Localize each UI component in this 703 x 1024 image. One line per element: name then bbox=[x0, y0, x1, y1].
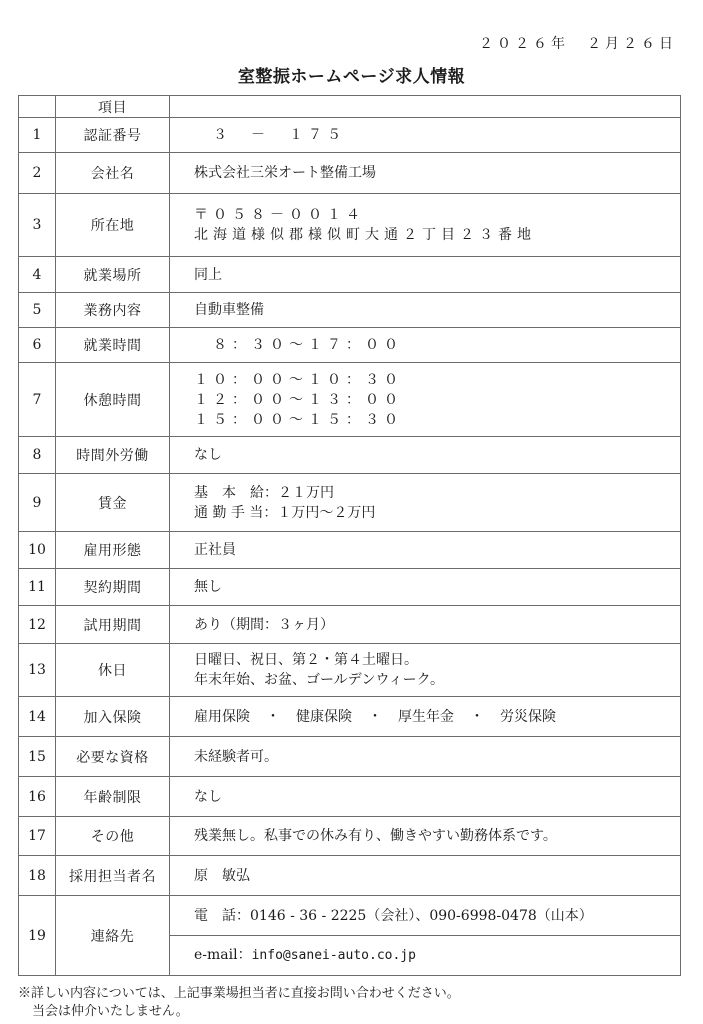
table-row: 13休日日曜日、祝日、第２・第４土曜日。年末年始、お盆、ゴールデンウィーク。 bbox=[19, 644, 681, 697]
row-item: 就業場所 bbox=[56, 257, 170, 293]
footnote-line-2: 当会は仲介いたしません。 bbox=[18, 1003, 460, 1021]
row-number: 10 bbox=[19, 532, 56, 569]
row-value: 〒０５８－００１４北海道様似郡様似町大通２丁目２３番地 bbox=[170, 194, 681, 257]
table-row: 2会社名株式会社三栄オート整備工場 bbox=[19, 153, 681, 194]
row-number: 13 bbox=[19, 644, 56, 697]
row-value: ８：３０～１７：００ bbox=[170, 328, 681, 363]
separator: ・ bbox=[352, 707, 398, 727]
table-row: 11契約期間無し bbox=[19, 569, 681, 606]
insurance-item: 厚生年金 bbox=[398, 709, 454, 725]
footnote-line-1: ※詳しい内容については、上記事業場担当者に直接お問い合わせください。 bbox=[18, 985, 460, 1003]
row-value: なし bbox=[170, 777, 681, 817]
value-line: ８：３０～１７：００ bbox=[194, 335, 680, 355]
row-number: 7 bbox=[19, 363, 56, 437]
row-number: 18 bbox=[19, 856, 56, 896]
table-row: 3所在地〒０５８－００１４北海道様似郡様似町大通２丁目２３番地 bbox=[19, 194, 681, 257]
row-value: あり（期間：３ヶ月） bbox=[170, 606, 681, 644]
value-line: １５：００～１５：３０ bbox=[194, 410, 680, 430]
row-value: 残業無し。私事での休み有り、働きやすい勤務体系です。 bbox=[170, 817, 681, 856]
value-line: 通 勤 手 当：１万円～２万円 bbox=[194, 503, 680, 523]
table-row: 16年齢制限なし bbox=[19, 777, 681, 817]
row-item: 連絡先 bbox=[56, 896, 170, 976]
email-link[interactable]: info@sanei-auto.co.jp bbox=[252, 948, 416, 963]
insurance-item: 労災保険 bbox=[500, 709, 556, 725]
value-line: 年末年始、お盆、ゴールデンウィーク。 bbox=[194, 670, 680, 690]
value-line: 自動車整備 bbox=[194, 300, 680, 320]
row-number: 8 bbox=[19, 437, 56, 474]
row-number: 9 bbox=[19, 474, 56, 532]
table-row: 19連絡先電 話：0146 - 36 - 2225（会社）、090-6998-0… bbox=[19, 896, 681, 936]
row-number: 2 bbox=[19, 153, 56, 194]
value-line: 残業無し。私事での休み有り、働きやすい勤務体系です。 bbox=[194, 826, 680, 846]
header-item: 項目 bbox=[56, 96, 170, 118]
header-value bbox=[170, 96, 681, 118]
value-line: １２：００～１３：００ bbox=[194, 390, 680, 410]
job-info-table: 項目 1認証番号 ３ － １７５2会社名株式会社三栄オート整備工場3所在地〒０５… bbox=[18, 95, 681, 976]
value-line: 正社員 bbox=[194, 540, 680, 560]
row-number: 11 bbox=[19, 569, 56, 606]
document-date: ２０２６年 ２月２６日 bbox=[479, 33, 677, 53]
row-item: 採用担当者名 bbox=[56, 856, 170, 896]
row-value: 原 敏弘 bbox=[170, 856, 681, 896]
row-value: 株式会社三栄オート整備工場 bbox=[170, 153, 681, 194]
email-label: e-mail： bbox=[194, 947, 252, 963]
value-line: 〒０５８－００１４ bbox=[194, 205, 680, 225]
row-number: 5 bbox=[19, 293, 56, 328]
insurance-item: 雇用保険 bbox=[194, 709, 250, 725]
row-value: ３ － １７５ bbox=[170, 118, 681, 153]
row-value: 正社員 bbox=[170, 532, 681, 569]
value-line: あり（期間：３ヶ月） bbox=[194, 615, 680, 635]
row-number: 4 bbox=[19, 257, 56, 293]
row-number: 19 bbox=[19, 896, 56, 976]
row-number: 1 bbox=[19, 118, 56, 153]
row-item: 賃金 bbox=[56, 474, 170, 532]
row-value: 同上 bbox=[170, 257, 681, 293]
value-line: 北海道様似郡様似町大通２丁目２３番地 bbox=[194, 225, 680, 245]
row-item: 所在地 bbox=[56, 194, 170, 257]
table-row: 10雇用形態正社員 bbox=[19, 532, 681, 569]
row-value: 雇用保険・健康保険・厚生年金・労災保険 bbox=[170, 697, 681, 737]
table-row: 8時間外労働なし bbox=[19, 437, 681, 474]
value-line: ３ － １７５ bbox=[194, 125, 680, 145]
row-item: 業務内容 bbox=[56, 293, 170, 328]
row-value: 日曜日、祝日、第２・第４土曜日。年末年始、お盆、ゴールデンウィーク。 bbox=[170, 644, 681, 697]
contact-email-cell: e-mail：info@sanei-auto.co.jp bbox=[170, 936, 681, 976]
footnote: ※詳しい内容については、上記事業場担当者に直接お問い合わせください。 当会は仲介… bbox=[18, 985, 460, 1021]
row-item: 契約期間 bbox=[56, 569, 170, 606]
value-line: 原 敏弘 bbox=[194, 866, 680, 886]
table-row: 1認証番号 ３ － １７５ bbox=[19, 118, 681, 153]
table-row: 5業務内容自動車整備 bbox=[19, 293, 681, 328]
value-line: なし bbox=[194, 787, 680, 807]
row-item: 時間外労働 bbox=[56, 437, 170, 474]
row-number: 6 bbox=[19, 328, 56, 363]
row-number: 16 bbox=[19, 777, 56, 817]
table-row: 15必要な資格未経験者可。 bbox=[19, 737, 681, 777]
row-item: 休憩時間 bbox=[56, 363, 170, 437]
value-line: 未経験者可。 bbox=[194, 747, 680, 767]
table-row: 17その他残業無し。私事での休み有り、働きやすい勤務体系です。 bbox=[19, 817, 681, 856]
row-item: 雇用形態 bbox=[56, 532, 170, 569]
row-value: 自動車整備 bbox=[170, 293, 681, 328]
row-number: 17 bbox=[19, 817, 56, 856]
value-line: なし bbox=[194, 445, 680, 465]
separator: ・ bbox=[250, 707, 296, 727]
row-value: １０：００～１０：３０１２：００～１３：００１５：００～１５：３０ bbox=[170, 363, 681, 437]
row-item: 試用期間 bbox=[56, 606, 170, 644]
row-number: 12 bbox=[19, 606, 56, 644]
table-row: 7休憩時間１０：００～１０：３０１２：００～１３：００１５：００～１５：３０ bbox=[19, 363, 681, 437]
value-line: 基 本 給：２１万円 bbox=[194, 483, 680, 503]
row-item: 年齢制限 bbox=[56, 777, 170, 817]
row-item: 必要な資格 bbox=[56, 737, 170, 777]
table-row: 4就業場所同上 bbox=[19, 257, 681, 293]
row-value: 未経験者可。 bbox=[170, 737, 681, 777]
table-header-row: 項目 bbox=[19, 96, 681, 118]
value-line: 株式会社三栄オート整備工場 bbox=[194, 163, 680, 183]
contact-phone: 電 話：0146 - 36 - 2225（会社）、090-6998-0478（山… bbox=[170, 896, 681, 936]
table-row: 9賃金基 本 給：２１万円通 勤 手 当：１万円～２万円 bbox=[19, 474, 681, 532]
value-line: 無し bbox=[194, 577, 680, 597]
row-value: 基 本 給：２１万円通 勤 手 当：１万円～２万円 bbox=[170, 474, 681, 532]
row-item: 認証番号 bbox=[56, 118, 170, 153]
row-number: 3 bbox=[19, 194, 56, 257]
table-row: 18採用担当者名原 敏弘 bbox=[19, 856, 681, 896]
value-line: 同上 bbox=[194, 265, 680, 285]
row-item: 加入保険 bbox=[56, 697, 170, 737]
value-line: 日曜日、祝日、第２・第４土曜日。 bbox=[194, 650, 680, 670]
table-row: 12試用期間あり（期間：３ヶ月） bbox=[19, 606, 681, 644]
table-row: 6就業時間 ８：３０～１７：００ bbox=[19, 328, 681, 363]
row-value: なし bbox=[170, 437, 681, 474]
row-value: 無し bbox=[170, 569, 681, 606]
row-item: その他 bbox=[56, 817, 170, 856]
row-number: 15 bbox=[19, 737, 56, 777]
row-item: 会社名 bbox=[56, 153, 170, 194]
page-title: 室整振ホームページ求人情報 bbox=[0, 62, 703, 87]
row-item: 休日 bbox=[56, 644, 170, 697]
separator: ・ bbox=[454, 707, 500, 727]
header-num bbox=[19, 96, 56, 118]
value-line: １０：００～１０：３０ bbox=[194, 370, 680, 390]
row-item: 就業時間 bbox=[56, 328, 170, 363]
insurance-item: 健康保険 bbox=[296, 709, 352, 725]
row-number: 14 bbox=[19, 697, 56, 737]
table-row: 14加入保険雇用保険・健康保険・厚生年金・労災保険 bbox=[19, 697, 681, 737]
